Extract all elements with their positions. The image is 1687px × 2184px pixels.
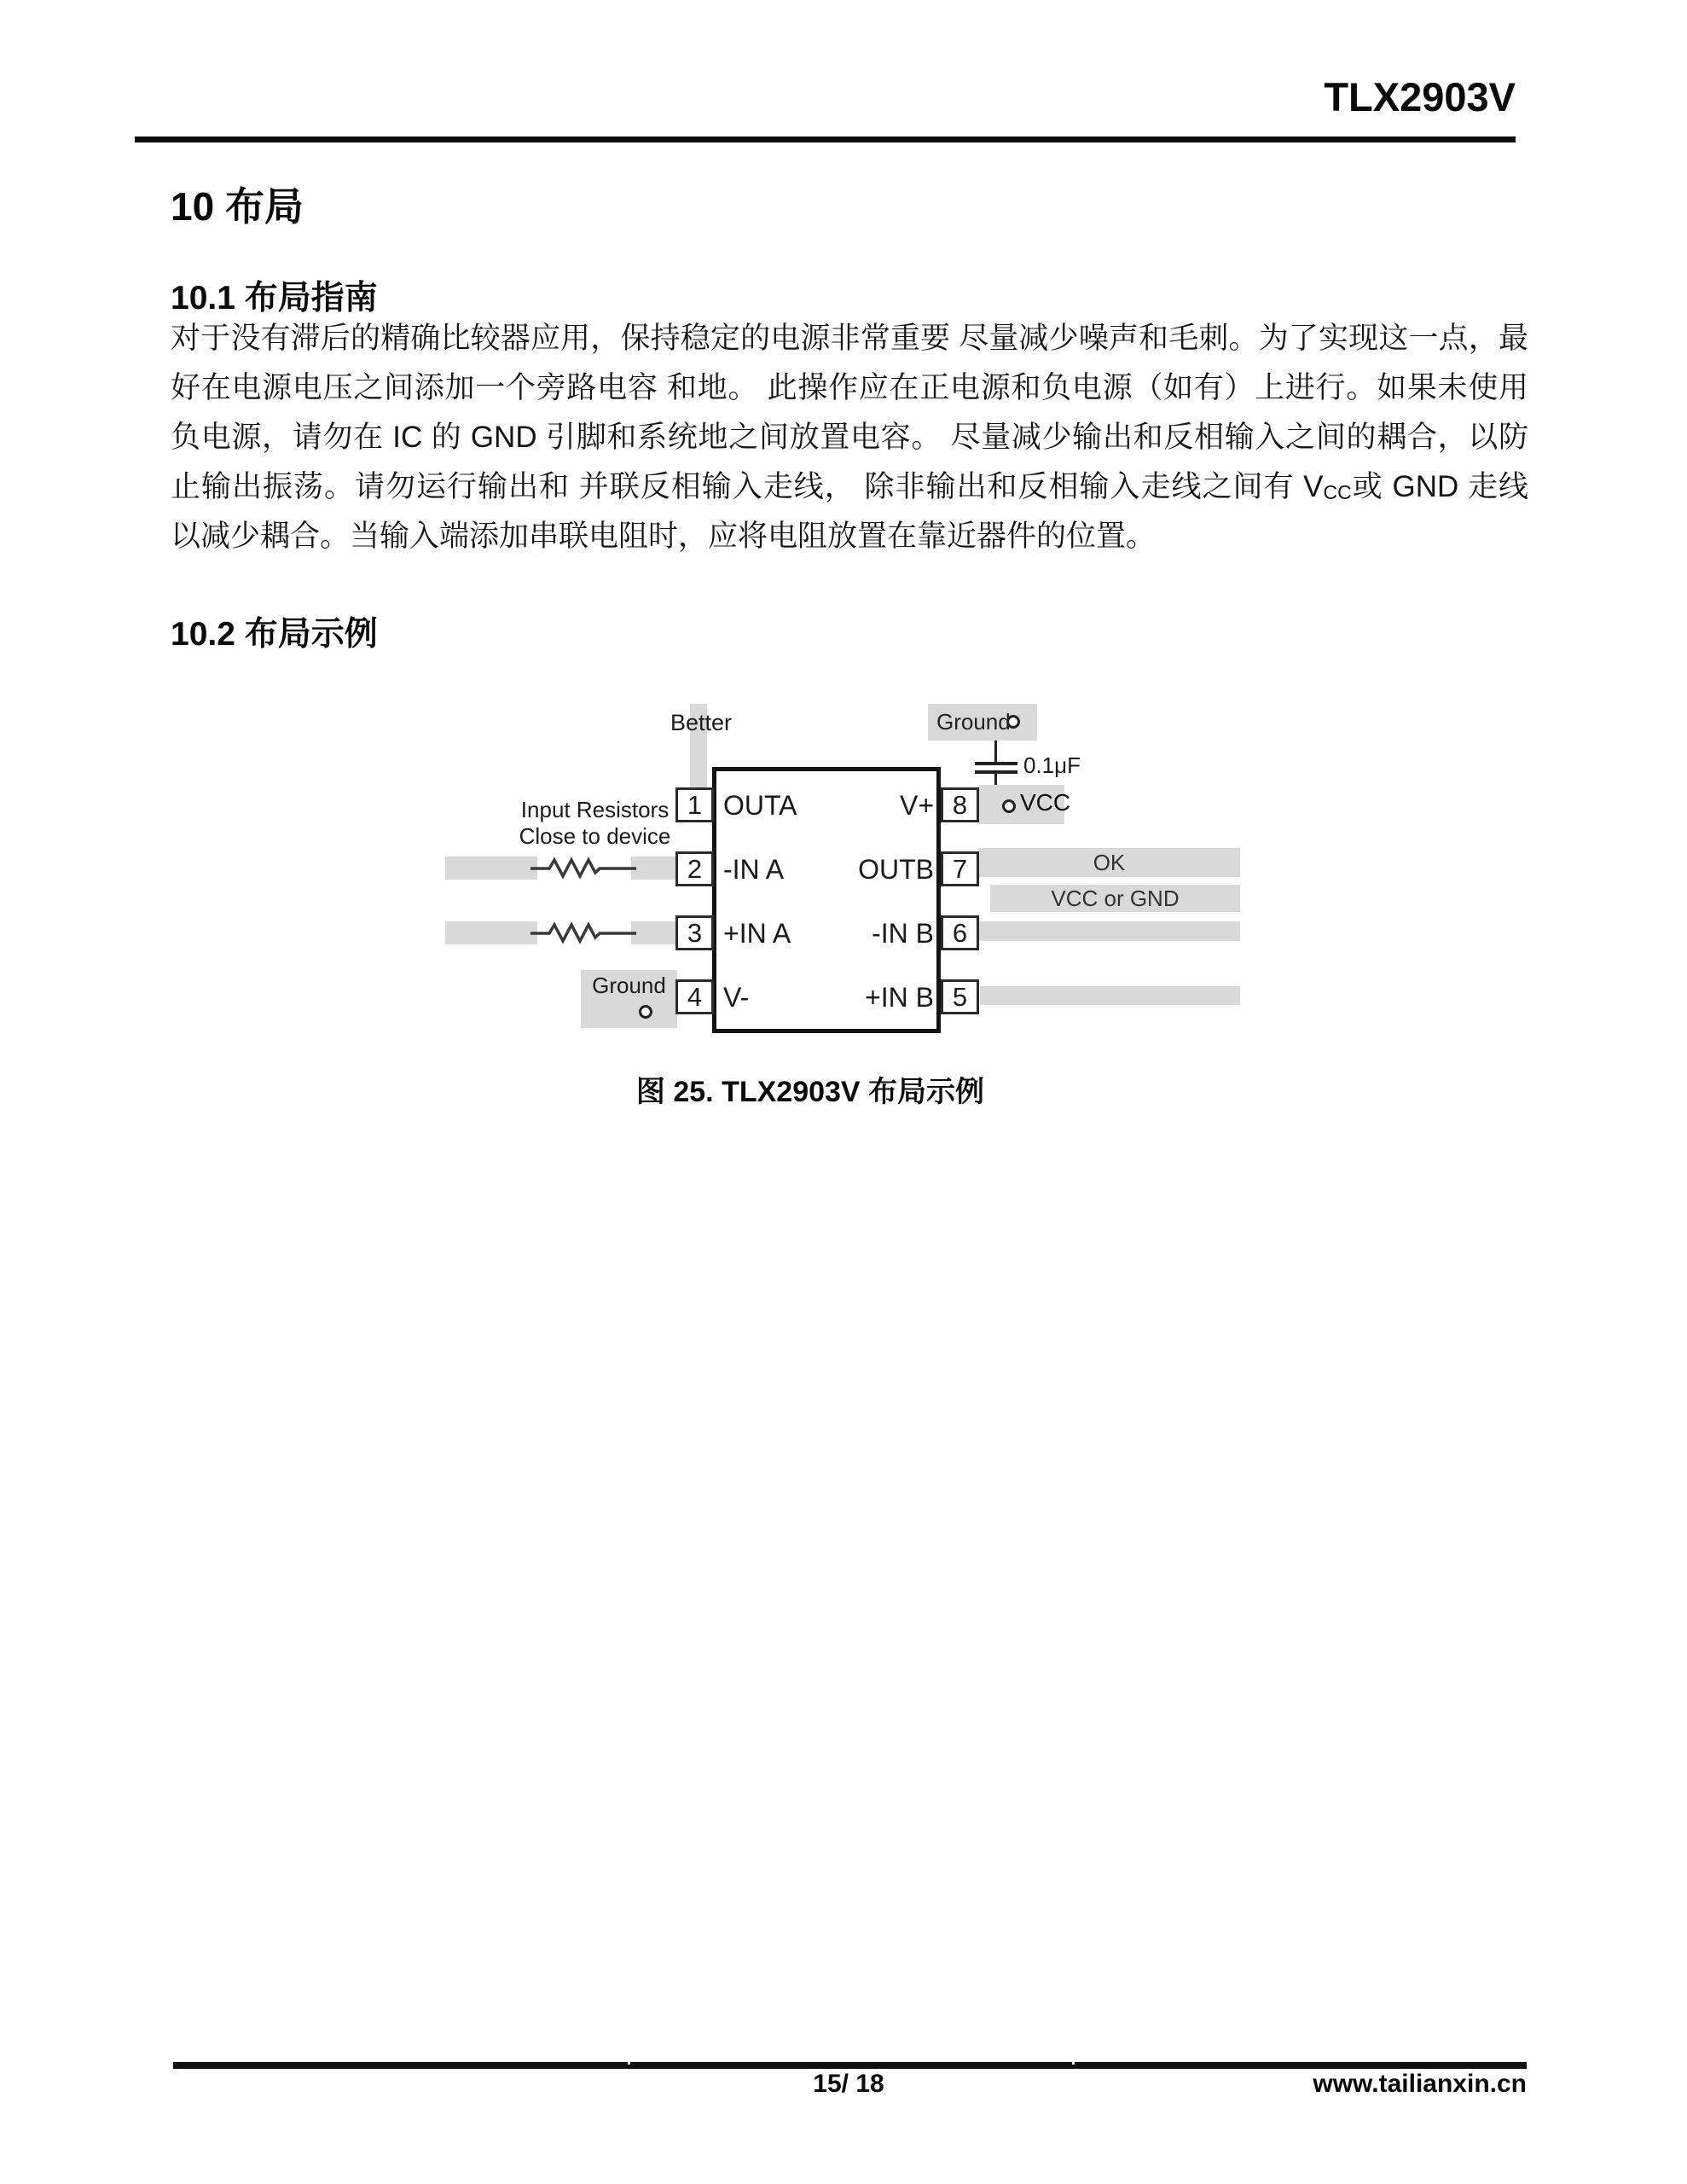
pin-label-in-b-pos: +IN B (785, 981, 934, 1014)
vcc-label: VCC (1020, 789, 1070, 816)
input-resistors-line1: Input Resistors (512, 797, 678, 823)
datasheet-page: TLX2903V 10 布局 10.1 布局指南 对于没有滞后的精确比较器应用，… (0, 0, 1687, 2184)
figure-caption: 图 25. TLX2903V 布局示例 (380, 1068, 1241, 1110)
input-resistors-annotation: Input Resistors Close to device (512, 797, 678, 850)
pin-label-in-a-pos: +IN A (723, 917, 791, 950)
section-10-2-heading: 10.2 布局示例 (171, 607, 378, 655)
vcc-subscript: CC (1324, 481, 1352, 503)
capacitor-plate-top (975, 762, 1017, 765)
ground-bottom-via-icon (639, 1005, 652, 1019)
doc-title: TLX2903V (0, 73, 1516, 120)
pin-box-8: 8 (941, 787, 979, 822)
pin-label-in-b-neg: -IN B (785, 917, 934, 950)
vcc-or-gnd-trace: VCC or GND (990, 885, 1240, 912)
layout-example-diagram: Better Ground 0.1μF VCC 1 2 3 4 8 7 6 5 … (443, 700, 1249, 1068)
pin-label-v-plus: V+ (785, 789, 934, 822)
section-10-1-heading: 10.1 布局指南 (171, 271, 378, 319)
layout-guidelines-paragraph: 对于没有滞后的精确比较器应用，保持稳定的电源非常重要 尽量减少噪声和毛刺。为了实… (171, 314, 1528, 561)
pin-box-5: 5 (941, 979, 979, 1014)
pin-box-7: 7 (941, 851, 979, 886)
guidelines-text-before-vcc: 对于没有滞后的精确比较器应用，保持稳定的电源非常重要 尽量减少噪声和毛刺。为了实… (171, 322, 1528, 503)
in-b-pos-trace (980, 986, 1240, 1005)
resistor-icon (527, 921, 641, 944)
better-label: Better (670, 710, 732, 736)
website-link: www.tailianxin.cn (1313, 2070, 1527, 2099)
pin-label-in-a-neg: -IN A (723, 853, 784, 886)
pin-label-v-minus: V- (723, 981, 749, 1014)
footer-rule (173, 2062, 1527, 2069)
resistor-icon (527, 857, 641, 880)
footer-rule-notch (1072, 2062, 1075, 2065)
input-resistors-line2: Close to device (512, 823, 678, 850)
pin-box-1: 1 (675, 787, 714, 822)
ground-top-pad: Ground (928, 704, 1037, 741)
outb-trace-ok: OK (978, 848, 1240, 877)
section-10-heading: 10 布局 (171, 176, 304, 232)
pin-box-6: 6 (941, 915, 979, 950)
capacitor-value-label: 0.1μF (1023, 752, 1081, 779)
pin-label-outb: OUTB (785, 853, 934, 886)
header-rule (135, 136, 1516, 142)
pin-box-3: 3 (675, 915, 714, 950)
ground-top-via-icon (1006, 715, 1020, 729)
pin-box-2: 2 (675, 851, 714, 886)
footer-rule-notch (628, 2062, 630, 2065)
vcc-via-icon (1002, 799, 1016, 813)
ground-bottom-pad: Ground (581, 970, 677, 1028)
in-b-neg-trace (978, 921, 1240, 941)
capacitor-wire-top (994, 741, 997, 762)
pin-box-4: 4 (675, 979, 714, 1014)
